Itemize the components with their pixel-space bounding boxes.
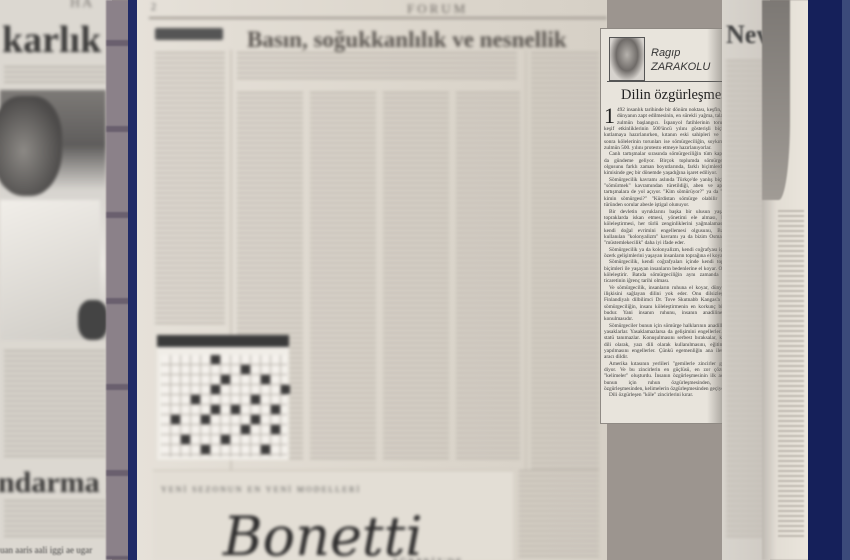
text-column-3 [310,92,376,462]
text-column-7 [519,470,599,560]
left-text-block-3 [4,500,106,540]
left-headline-fragment-2: ndarma i [0,466,112,500]
drop-cap: 1 [604,107,615,125]
article-paragraph: Sömürgecilik, kendi coğrafyaları içinde … [604,259,724,284]
ad-tagline: YENİ SEZONUN EN YENİ MODELLERİ [161,485,361,494]
article-paragraph: Sömürgecilik ya da kolonyalizm, kendi co… [604,247,724,260]
left-masthead-fragment: HA [70,0,94,12]
portrait-hand [78,300,108,340]
author-photo [609,37,645,81]
portrait-head [0,96,62,196]
article-paragraph: Dili özgürleşen "köle" zincirlerini kıra… [604,392,724,398]
center-headline: Basın, soğukkanlılık ve nesnellik [247,27,567,53]
left-portrait-photo [0,90,106,340]
article-paragraph: 1492 insanlık tarihinde bir dönüm noktas… [604,107,724,151]
left-text-block [4,66,106,84]
left-headline-fragment: karlık [2,18,101,62]
author-first-name: Ragıp [651,47,680,59]
crossword-grid [161,355,287,457]
ad-brand-logo: Bonetti [223,505,423,560]
binder-edge-left [106,0,130,560]
crossword-title-bar [157,335,289,347]
article-paragraph: Sömürgecilik kavramı aslında Türkçe'de y… [604,177,724,209]
binder-edge-right [842,0,850,560]
crossword-puzzle [157,335,289,460]
page-curl-shadow [707,29,723,423]
column-divider [525,50,527,470]
left-text-block-2 [4,350,106,460]
section-title: FORUM [407,1,468,17]
lead-paragraph [237,52,517,82]
text-column-1 [155,52,225,327]
left-newspaper-page: HA karlık ndarma i uan aaris aali iggi a… [0,0,112,560]
article-paragraph: Sömürgeciler bunun için sömürge halkları… [604,323,724,361]
article-paragraph: Ve sömürgecilik, insanların ruhuna el ko… [604,285,724,323]
left-caption-fragment: uan aaris aali iggi ae ugar [0,545,92,555]
right-text-block-2 [778,210,804,540]
article-column: Ragıp ZARAKOLU Dilin özgürleşmesi 1492 i… [600,28,724,424]
right-newspaper-page-2 [762,0,810,560]
text-column-4 [383,92,449,462]
header-rule [149,17,607,19]
right-photo-fragment [762,0,790,200]
article-body: 1492 insanlık tarihinde bir dönüm noktas… [604,107,724,399]
text-column-5 [456,92,520,462]
author-byline: Ragıp ZARAKOLU [607,35,723,82]
binder-cover-right [808,0,850,560]
column-label-box [155,28,223,40]
binder-blue-strip-left [128,0,137,560]
author-last-name: ZARAKOLU [651,61,710,73]
article-paragraph: Canlı tartışmalar sırasında sömürgeciliğ… [604,151,724,176]
right-text-block [726,60,766,540]
article-paragraph: Bir devletin uyruklarını başka bir ulusu… [604,209,724,247]
article-paragraph: Amerika kıtasının yerlileri "gemilerle z… [604,361,724,393]
page-number: 2 [151,2,156,13]
text-column-6 [531,52,599,472]
advertisement: YENİ SEZONUN EN YENİ MODELLERİ Bonetti S… [153,470,513,560]
center-newspaper-page: 2 FORUM Basın, soğukkanlılık ve nesnelli… [137,0,607,560]
